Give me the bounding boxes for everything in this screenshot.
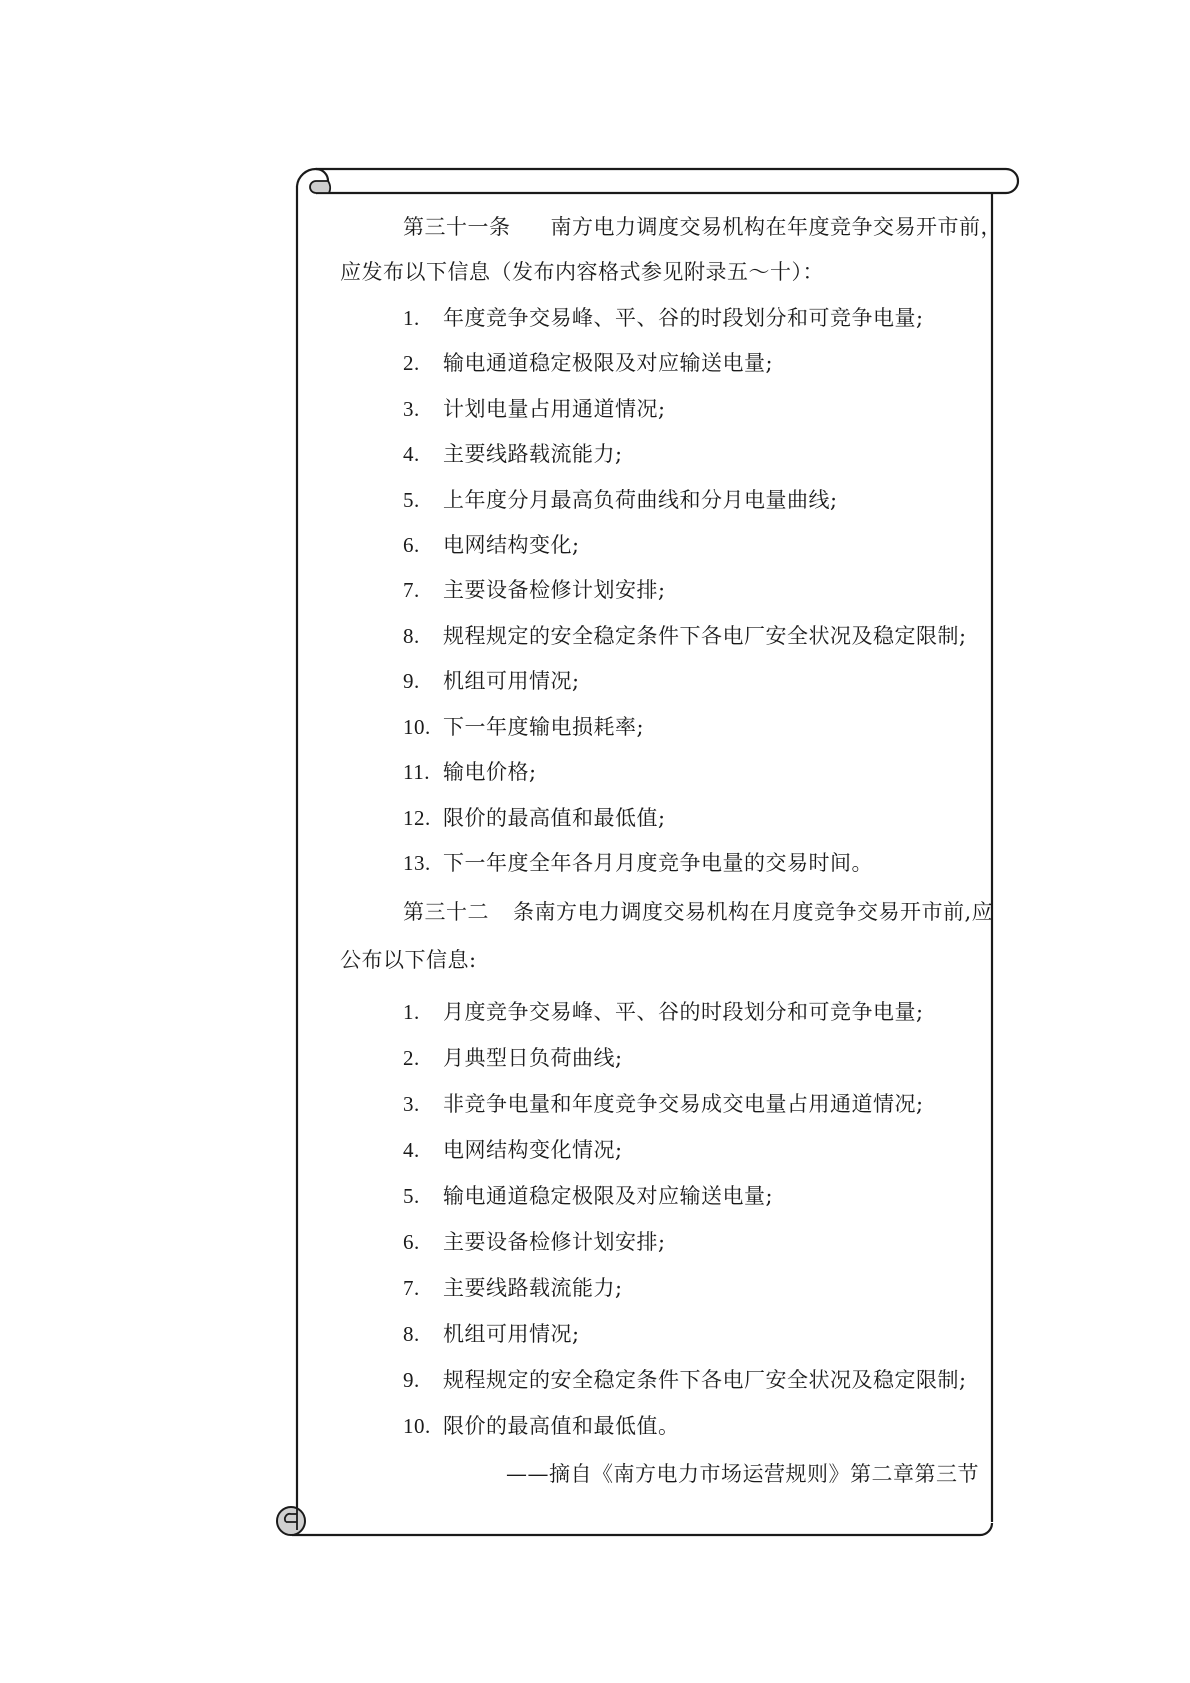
list-item: 2.月典型日负荷曲线; [403,1045,623,1071]
list-item: 8.机组可用情况; [403,1321,580,1347]
list-item: 7.主要设备检修计划安排; [403,577,666,603]
article31-intro: 南方电力调度交易机构在年度竞争交易开市前， [551,215,1003,239]
list-item: 9.规程规定的安全稳定条件下各电厂安全状况及稳定限制; [403,1367,967,1393]
bottom-scroll-edge [292,1523,992,1535]
list-item: 5.上年度分月最高负荷曲线和分月电量曲线; [403,487,838,513]
list-item: 6.主要设备检修计划安排; [403,1229,666,1255]
source-citation: ——摘自《南方电力市场运营规则》第二章第三节 [506,1461,979,1487]
article31-heading: 第三十一条 [403,215,511,239]
list-item: 10.下一年度输电损耗率; [403,714,644,740]
bottom-curl [277,1507,305,1535]
list-item: 1.月度竞争交易峰、平、谷的时段划分和可竞争电量; [403,999,924,1025]
article31-heading-line: 第三十一条南方电力调度交易机构在年度竞争交易开市前， [403,214,1002,240]
top-curl-fill [310,181,330,193]
list-item: 13.下一年度全年各月月度竞争电量的交易时间。 [403,850,873,876]
list-item: 7.主要线路载流能力; [403,1275,623,1301]
article32-intro-line2: 公布以下信息: [340,947,477,973]
list-item: 3.计划电量占用通道情况; [403,396,666,422]
list-item: 12.限价的最高值和最低值; [403,805,666,831]
list-item: 5.输电通道稳定极限及对应输送电量; [403,1183,773,1209]
list-item: 10.限价的最高值和最低值。 [403,1413,680,1439]
list-item: 3.非竞争电量和年度竞争交易成交电量占用通道情况; [403,1091,924,1117]
list-item: 1.年度竞争交易峰、平、谷的时段划分和可竞争电量; [403,305,924,331]
article32-heading-line: 第三十二条南方电力调度交易机构在月度竞争交易开市前,应 [403,899,993,925]
list-item: 8.规程规定的安全稳定条件下各电厂安全状况及稳定限制; [403,623,967,649]
article31-intro-line2: 应发布以下信息（发布内容格式参见附录五～十）： [340,259,824,285]
list-item: 9.机组可用情况; [403,668,580,694]
list-item: 11.输电价格; [403,759,537,785]
list-item: 6.电网结构变化; [403,532,580,558]
article32-intro: 条南方电力调度交易机构在月度竞争交易开市前,应 [513,900,993,924]
list-item: 4.电网结构变化情况; [403,1137,623,1163]
article32-heading: 第三十二 [403,900,489,924]
list-item: 4.主要线路载流能力; [403,441,623,467]
list-item: 2.输电通道稳定极限及对应输送电量; [403,350,773,376]
